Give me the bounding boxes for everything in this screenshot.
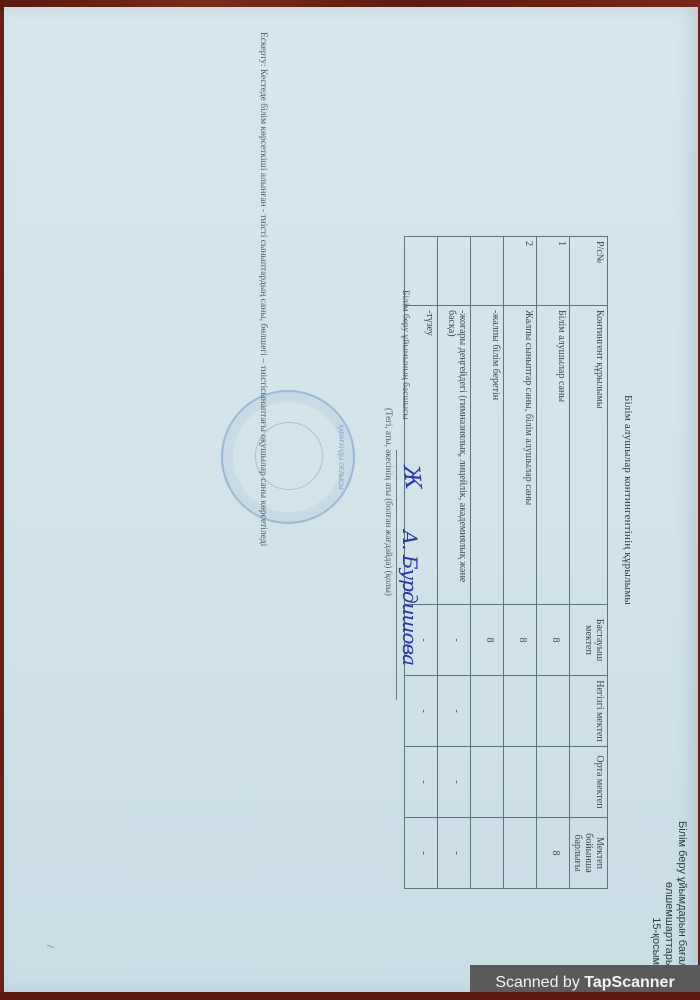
- row-label-text: -түзеу: [424, 310, 435, 336]
- cell-total: [504, 818, 537, 889]
- footnote: Ескерту: Кестеде білім көрсеткіші алынға…: [258, 32, 268, 546]
- cell-secondary: [471, 747, 504, 818]
- header-total: Мектеп бойынша барлығы: [570, 818, 608, 889]
- row-label-text: -жоғары деңгейдегі (гимназиялық, лицейлі…: [446, 310, 468, 582]
- row-number-text: 1: [556, 241, 567, 246]
- handwritten-signature: Ж: [398, 464, 425, 491]
- cell-secondary: -: [438, 747, 471, 818]
- row-label: -жалпы білім беретін: [471, 306, 504, 605]
- cell-secondary-text: -: [418, 751, 429, 813]
- signature-caption: (Тегі, аты, әкесінің аты (болған жағдайд…: [384, 408, 394, 596]
- row-number: [438, 237, 471, 306]
- appendix-line-2: өлшемшарттарына: [662, 820, 675, 980]
- cell-basic: [537, 676, 570, 747]
- cell-secondary: [537, 747, 570, 818]
- header-primary: Бастауыш мектеп: [570, 605, 608, 676]
- table-row: -жоғары деңгейдегі (гимназиялық, лицейлі…: [438, 237, 471, 889]
- contingent-table: Р/с№ Контингент құрылымы Бастауыш мектеп…: [404, 236, 608, 889]
- background-edge-bottom: [0, 992, 700, 1000]
- cell-primary-text: 8: [517, 609, 528, 671]
- document-sheet: Білім беру ұйымдарын бағалау өлшемшартта…: [0, 0, 700, 1000]
- appendix-line-3: 15-қосымша: [649, 820, 662, 980]
- row-label-text: Жалпы сыныптар саны, білім алушылар саны: [523, 310, 534, 505]
- table-row: -жалпы білім беретін8: [471, 237, 504, 889]
- row-label: -жоғары деңгейдегі (гимназиялық, лицейлі…: [438, 306, 471, 605]
- cell-primary: 8: [537, 605, 570, 676]
- official-stamp: ҚАРАҒАНДЫ ОБЛЫСЫ: [221, 390, 355, 524]
- cell-primary-text: 8: [484, 609, 495, 671]
- row-label-text: Білім алушылар саны: [556, 310, 567, 402]
- table-row: 1Білім алушылар саны88: [537, 237, 570, 889]
- handwritten-name: А. Бурдишова: [398, 530, 422, 665]
- stamp-text: ҚАРАҒАНДЫ ОБЛЫСЫ: [337, 392, 343, 522]
- pencil-mark: /: [44, 945, 55, 948]
- cell-primary: 8: [471, 605, 504, 676]
- header-secondary: Орта мектеп: [570, 747, 608, 818]
- row-number: 2: [504, 237, 537, 306]
- cell-total: [471, 818, 504, 889]
- signature-line: [396, 450, 397, 700]
- row-number: 1: [537, 237, 570, 306]
- cell-primary-text: -: [451, 609, 462, 671]
- cell-secondary-text: -: [451, 751, 462, 813]
- cell-secondary: -: [405, 747, 438, 818]
- table-header-row: Р/с№ Контингент құрылымы Бастауыш мектеп…: [570, 237, 608, 889]
- cell-basic: -: [438, 676, 471, 747]
- appendix-note: Білім беру ұйымдарын бағалау өлшемшартта…: [649, 820, 688, 980]
- document-title: Білім алушылар контингентінің құрылымы: [622, 0, 634, 1000]
- signature-label: Білім беру ұйымының басшысы: [400, 290, 410, 420]
- row-label: Жалпы сыныптар саны, білім алушылар саны: [504, 306, 537, 605]
- row-number: [471, 237, 504, 306]
- cell-total-text: 8: [550, 822, 561, 884]
- cell-basic-text: -: [418, 680, 429, 742]
- signature-block: Білім беру ұйымының басшысы (Тегі, аты, …: [370, 290, 410, 750]
- watermark-prefix: Scanned by: [495, 974, 584, 991]
- cell-basic: [471, 676, 504, 747]
- row-label-text: -жалпы білім беретін: [490, 310, 501, 400]
- cell-primary: -: [438, 605, 471, 676]
- cell-primary-text: 8: [550, 609, 561, 671]
- header-number: Р/с№: [570, 237, 608, 306]
- watermark-brand: TapScanner: [584, 974, 674, 991]
- cell-basic-text: -: [451, 680, 462, 742]
- cell-total-text: -: [418, 822, 429, 884]
- row-label: Білім алушылар саны: [537, 306, 570, 605]
- cell-secondary: [504, 747, 537, 818]
- cell-total: -: [405, 818, 438, 889]
- appendix-line-1: Білім беру ұйымдарын бағалау: [675, 820, 688, 980]
- row-number-text: 2: [523, 241, 534, 246]
- cell-total: 8: [537, 818, 570, 889]
- cell-primary: 8: [504, 605, 537, 676]
- table-row: 2Жалпы сыныптар саны, білім алушылар сан…: [504, 237, 537, 889]
- cell-basic: [504, 676, 537, 747]
- header-structure: Контингент құрылымы: [570, 306, 608, 605]
- header-basic: Негізгі мектеп: [570, 676, 608, 747]
- cell-total-text: -: [451, 822, 462, 884]
- cell-total: -: [438, 818, 471, 889]
